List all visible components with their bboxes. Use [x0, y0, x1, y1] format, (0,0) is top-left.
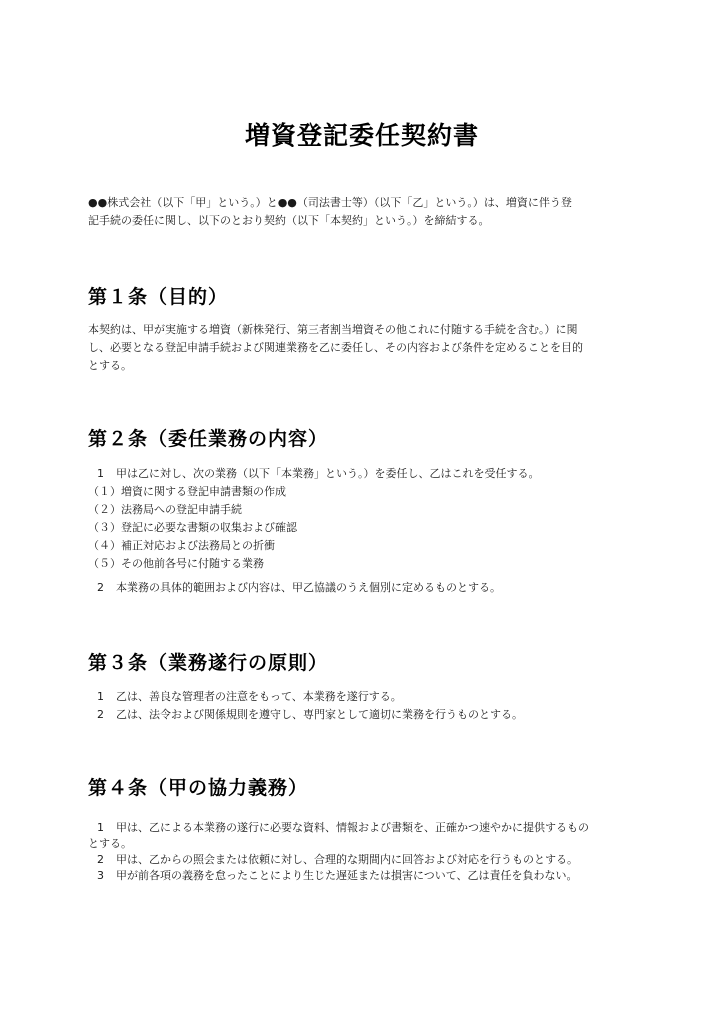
clause-number: 2 — [88, 852, 104, 868]
article-2-item: （５）その他前各号に付随する業務 — [88, 555, 640, 573]
clause-number: 1 — [88, 820, 104, 836]
article-2-item: （１）増資に関する登記申請書類の作成 — [88, 483, 640, 501]
clause-number: 2 — [88, 706, 104, 724]
article-4-clause: 2甲は、乙からの照会または依頼に対し、合理的な期間内に回答および対応を行うものと… — [88, 852, 640, 868]
clause-text: 甲は、乙からの照会または依頼に対し、合理的な期間内に回答および対応を行うものとす… — [116, 853, 578, 866]
article-2-item: （４）補正対応および法務局との折衝 — [88, 537, 640, 555]
preamble-line: ●●株式会社（以下「甲」という。）と●●（司法書士等）（以下「乙」という。）は、… — [88, 194, 640, 212]
clause-continuation: とする。 — [88, 836, 640, 852]
article-2-item: （２）法務局への登記申請手続 — [88, 501, 640, 519]
article-4-clause: 3甲が前各項の義務を怠ったことにより生じた遅延または損害について、乙は責任を負わ… — [88, 868, 640, 884]
clause-text: 甲は、乙による本業務の遂行に必要な資料、情報および書類を、正確かつ速やかに提供す… — [116, 821, 589, 834]
article-3-heading: 第３条（業務遂行の原則） — [88, 650, 328, 676]
article-3-clause: 1乙は、善良な管理者の注意をもって、本業務を遂行する。 — [88, 688, 640, 706]
clause-text: 乙は、法令および関係規則を遵守し、専門家として適切に業務を行うものとする。 — [116, 708, 523, 721]
clause-number: 1 — [88, 465, 104, 483]
clause-text: 本業務の具体的範囲および内容は、甲乙協議のうえ個別に定めるものとする。 — [116, 581, 501, 594]
article-1-line: し、必要となる登記申請手続および関連業務を乙に委任し、その内容および条件を定める… — [88, 339, 640, 357]
article-1-line: とする。 — [88, 357, 640, 375]
article-4-clause: 1甲は、乙による本業務の遂行に必要な資料、情報および書類を、正確かつ速やかに提供… — [88, 820, 640, 836]
article-2-body: 1甲は乙に対し、次の業務（以下「本業務」という。）を委任し、乙はこれを受任する。… — [88, 465, 640, 597]
clause-text: 甲は乙に対し、次の業務（以下「本業務」という。）を委任し、乙はこれを受任する。 — [116, 467, 540, 480]
clause-text: 甲が前各項の義務を怠ったことにより生じた遅延または損害について、乙は責任を負わな… — [116, 869, 578, 882]
article-4-heading: 第４条（甲の協力義務） — [88, 775, 308, 801]
article-2-heading: 第２条（委任業務の内容） — [88, 426, 328, 452]
clause-text: 乙は、善良な管理者の注意をもって、本業務を遂行する。 — [116, 690, 402, 703]
article-4-body: 1甲は、乙による本業務の遂行に必要な資料、情報および書類を、正確かつ速やかに提供… — [88, 820, 640, 884]
article-1-line: 本契約は、甲が実施する増資（新株発行、第三者割当増資その他これに付随する手続を含… — [88, 321, 640, 339]
preamble-line: 記手続の委任に関し、以下のとおり契約（以下「本契約」という。）を締結する。 — [88, 212, 640, 230]
article-3-body: 1乙は、善良な管理者の注意をもって、本業務を遂行する。 2乙は、法令および関係規… — [88, 688, 640, 724]
document-page: 増資登記委任契約書 ●●株式会社（以下「甲」という。）と●●（司法書士等）（以下… — [0, 0, 724, 1024]
article-2-item: （３）登記に必要な書類の収集および確認 — [88, 519, 640, 537]
clause-number: 3 — [88, 868, 104, 884]
article-2-clause-2: 2本業務の具体的範囲および内容は、甲乙協議のうえ個別に定めるものとする。 — [88, 579, 640, 597]
article-2-clause-1: 1甲は乙に対し、次の業務（以下「本業務」という。）を委任し、乙はこれを受任する。 — [88, 465, 640, 483]
preamble: ●●株式会社（以下「甲」という。）と●●（司法書士等）（以下「乙」という。）は、… — [88, 194, 640, 230]
article-1-body: 本契約は、甲が実施する増資（新株発行、第三者割当増資その他これに付随する手続を含… — [88, 321, 640, 375]
article-3-clause: 2乙は、法令および関係規則を遵守し、専門家として適切に業務を行うものとする。 — [88, 706, 640, 724]
article-1-heading: 第１条（目的） — [88, 284, 228, 310]
clause-number: 1 — [88, 688, 104, 706]
clause-number: 2 — [88, 579, 104, 597]
document-title: 増資登記委任契約書 — [0, 119, 724, 153]
